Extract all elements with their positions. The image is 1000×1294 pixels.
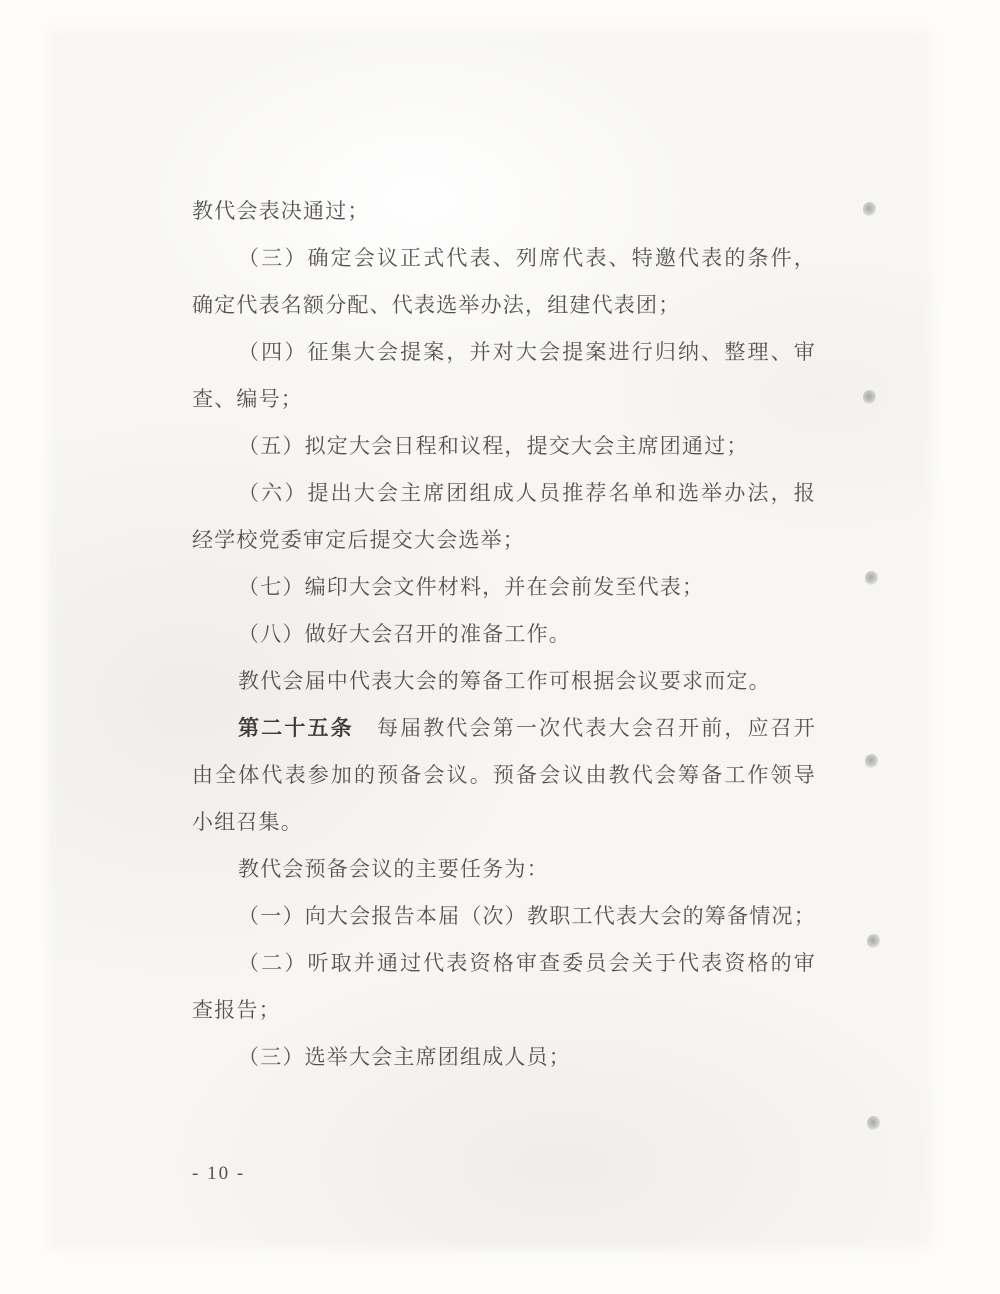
text-line: （六）提出大会主席团组成人员推荐名单和选举办法，报	[192, 470, 816, 517]
stain-mark	[863, 390, 876, 404]
text-line: 教代会预备会议的主要任务为：	[192, 846, 816, 893]
text-line: 小组召集。	[192, 799, 816, 846]
text-line: （七）编印大会文件材料，并在会前发至代表；	[192, 564, 816, 611]
stain-mark	[867, 934, 880, 948]
page-number: - 10 -	[192, 1163, 245, 1185]
text-line: 教代会届中代表大会的筹备工作可根据会议要求而定。	[192, 658, 816, 705]
stain-mark	[867, 1116, 880, 1130]
text-line: （三）选举大会主席团组成人员；	[192, 1034, 816, 1081]
text-line: 由全体代表参加的预备会议。预备会议由教代会筹备工作领导	[192, 752, 816, 799]
line-text: 每届教代会第一次代表大会召开前，应召开	[354, 716, 816, 740]
text-line: （三）确定会议正式代表、列席代表、特邀代表的条件，	[192, 235, 816, 282]
stain-mark	[865, 571, 878, 585]
text-line: 查、编号；	[192, 376, 816, 423]
text-line: （四）征集大会提案，并对大会提案进行归纳、整理、审	[192, 329, 816, 376]
text-line: 确定代表名额分配、代表选举办法，组建代表团；	[192, 282, 816, 329]
text-line: （八）做好大会召开的准备工作。	[192, 611, 816, 658]
stain-mark	[865, 754, 878, 768]
article-number: 第二十五条	[238, 716, 354, 740]
text-line: 查报告；	[192, 987, 816, 1034]
text-line: （一）向大会报告本届（次）教职工代表大会的筹备情况；	[192, 893, 816, 940]
text-line: 教代会表决通过；	[192, 188, 816, 235]
text-line: （五）拟定大会日程和议程，提交大会主席团通过；	[192, 423, 816, 470]
text-line: （二）听取并通过代表资格审查委员会关于代表资格的审	[192, 940, 816, 987]
stain-mark	[863, 202, 876, 216]
text-line: 经学校党委审定后提交大会选举；	[192, 517, 816, 564]
text-line: 第二十五条 每届教代会第一次代表大会召开前，应召开	[192, 705, 816, 752]
document-body: 教代会表决通过；（三）确定会议正式代表、列席代表、特邀代表的条件，确定代表名额分…	[192, 188, 816, 1081]
